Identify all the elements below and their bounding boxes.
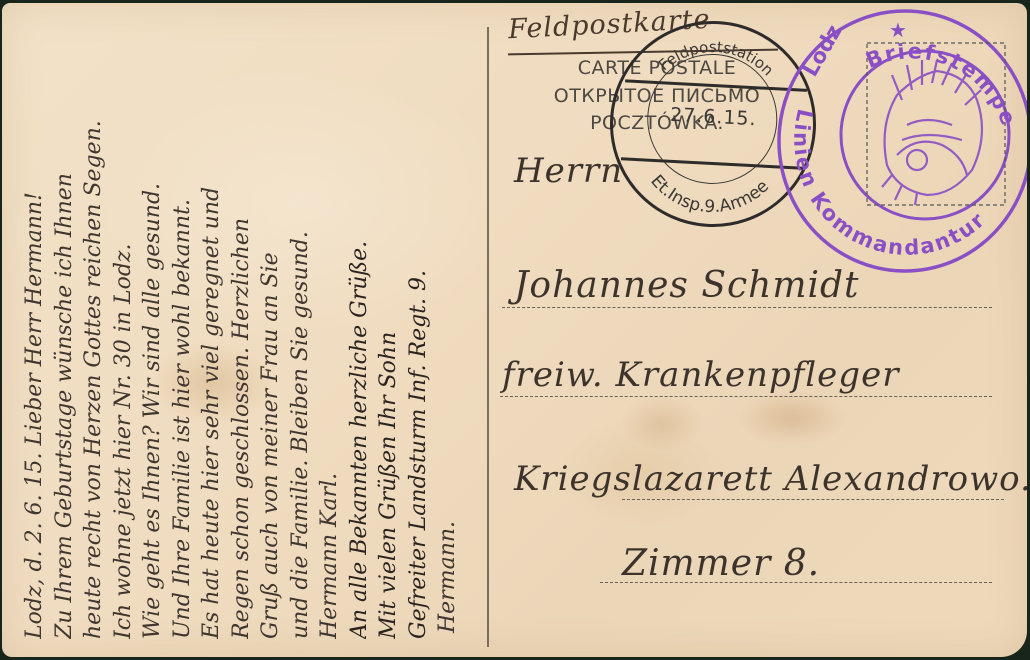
postcard: Lodz, d. 2. 6. 15. Lieber Herr Hermann! … [2, 3, 1027, 657]
message-line: Ich wohne jetzt hier Nr. 30 in Lodz. [109, 29, 139, 639]
postmark-top-text: Feldpoststation [654, 35, 778, 80]
message-line: Gruß auch von meiner Frau an Sie [256, 29, 286, 639]
message-line: Und Ihre Familie ist hier wohl bekannt. [168, 29, 198, 639]
message-line: Es hat heute hier sehr viel geregnet und [197, 29, 227, 639]
message-signature: Hermann. [433, 29, 463, 639]
address-dotted-line [500, 396, 992, 397]
message-line: Gefreiter Landsturm Inf. Regt. 9. [404, 29, 434, 639]
svg-text:Et.Insp.9.Armee: Et.Insp.9.Armee [645, 171, 774, 221]
message-line: Regen schon geschlossen. Herzlichen [227, 29, 257, 639]
message-line: heute recht von Herzen Gottes reichen Se… [79, 29, 109, 639]
address-dotted-line [622, 499, 1004, 500]
address-line-hospital: Kriegslazarett Alexandrowo. [514, 459, 1027, 499]
message-line: An alle Bekannten herzliche Grüße. [345, 29, 375, 639]
message-line: und die Familie. Bleiben Sie gesund. [286, 29, 316, 639]
message-line: Hermann Karl. [315, 29, 345, 639]
address-dotted-line [600, 582, 992, 583]
seal-star-icon: ★ [889, 18, 907, 42]
seal-city-text: Lodz [798, 21, 846, 81]
svg-text:Feldpoststation: Feldpoststation [654, 35, 778, 80]
address-line-room: Zimmer 8. [622, 543, 820, 584]
postmark-bottom-text: Et.Insp.9.Armee [645, 171, 774, 221]
message-line: Wie geht es Ihnen? Wir sind alle gesund. [138, 29, 168, 639]
address-line-name: Johannes Schmidt [514, 265, 860, 306]
address-dotted-line [502, 307, 992, 308]
message-line: Zu Ihrem Geburtstage wünsche ich Ihnen [50, 29, 80, 639]
address-salutation: Herrn [514, 151, 623, 191]
handwritten-message: Lodz, d. 2. 6. 15. Lieber Herr Hermann! … [20, 29, 480, 639]
address-line-role: freiw. Krankenpfleger [502, 355, 899, 395]
message-line: Mit vielen Grüßen Ihr Sohn [374, 29, 404, 639]
message-line: Lodz, d. 2. 6. 15. Lieber Herr Hermann! [20, 29, 50, 639]
briefstempel-seal: Briefstempel Linien Kommandantur Lodz ★ [767, 5, 1027, 280]
message-address-divider [487, 27, 489, 647]
